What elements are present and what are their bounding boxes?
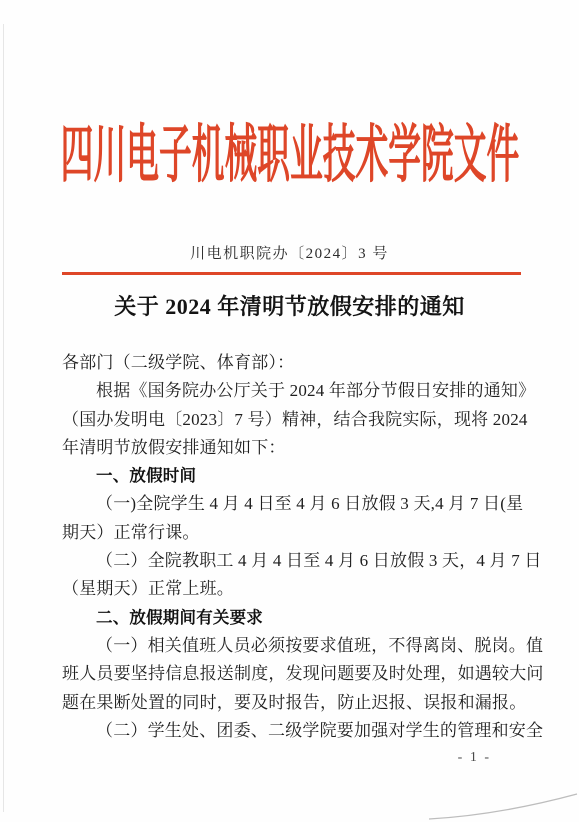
doc-number: 川电机职院办〔2024〕3 号 [0, 242, 579, 263]
body-line: 题在果断处置的同时，要及时报告，防止迟报、误报和漏报。 [62, 689, 523, 717]
red-separator-line [62, 272, 521, 275]
body-text: 各部门（二级学院、体育部）：根据《国务院办公厅关于 2024 年部分节假日安排的… [62, 349, 523, 745]
page-number: - 1 - [458, 750, 491, 766]
body-line: （一)全院学生 4 月 4 日至 4 月 6 日放假 3 天,4 月 7 日(星 [62, 490, 523, 518]
scan-edge-line [3, 24, 4, 812]
page-curl-edge [429, 786, 579, 822]
letterhead-title: 四川电子机械职业技术学院文件 [60, 118, 519, 192]
body-line: 根据《国务院办公厅关于 2024 年部分节假日安排的通知》 [62, 377, 523, 405]
body-heading-line: 一、放假时间 [62, 462, 523, 490]
document-page: 四川电子机械职业技术学院文件 川电机职院办〔2024〕3 号 关于 2024 年… [0, 0, 579, 822]
body-line: （星期天）正常上班。 [62, 575, 523, 603]
body-line: （一）相关值班人员必须按要求值班，不得离岗、脱岗。值 [62, 632, 523, 660]
body-line: （二）全院教职工 4 月 4 日至 4 月 6 日放假 3 天，4 月 7 日 [62, 547, 523, 575]
body-line: （二）学生处、团委、二级学院要加强对学生的管理和安全 [62, 717, 523, 745]
body-heading-line: 二、放假期间有关要求 [62, 604, 523, 632]
notice-title: 关于 2024 年清明节放假安排的通知 [0, 290, 579, 321]
body-line: 年清明节放假安排通知如下： [62, 434, 523, 462]
body-line: 期天）正常行课。 [62, 519, 523, 547]
body-line: 班人员要坚持信息报送制度，发现问题要及时处理，如遇较大问 [62, 660, 523, 688]
body-line: （国办发明电〔2023〕7 号）精神，结合我院实际，现将 2024 [62, 406, 523, 434]
body-line: 各部门（二级学院、体育部）： [62, 349, 523, 377]
